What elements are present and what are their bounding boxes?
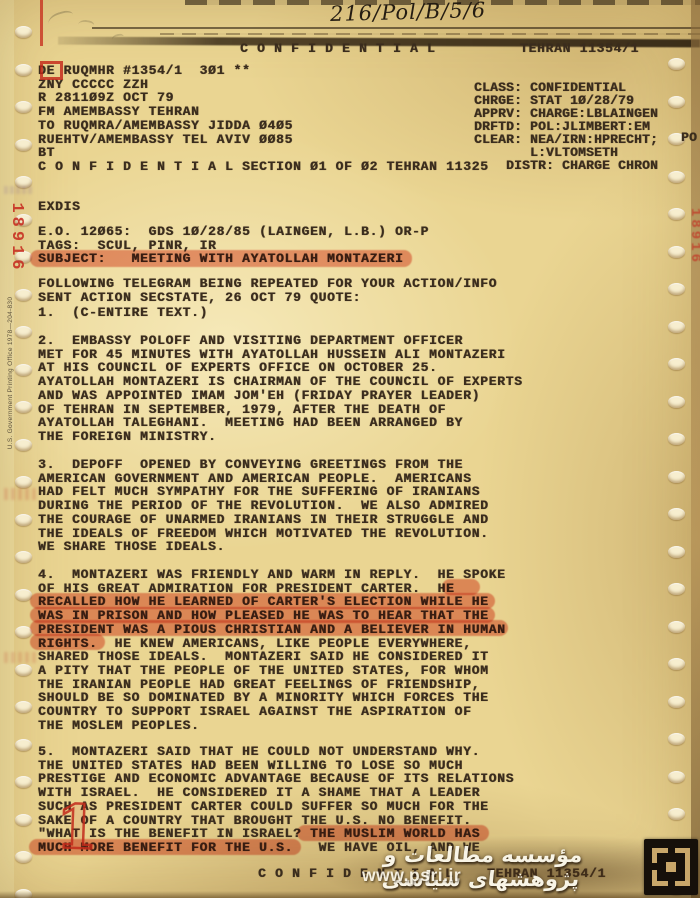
text-line: OF TEHRAN IN SEPTEMBER, 1979, AFTER THE … (38, 403, 523, 417)
punch-hole (668, 358, 685, 370)
punch-hole (668, 433, 685, 445)
punch-hole (668, 583, 685, 595)
text-line: AND WAS APPOINTED IMAM JOM'EH (FRIDAY PR… (38, 389, 523, 403)
punch-hole (668, 471, 685, 483)
text-line: DURING THE PERIOD OF THE REVOLUTION. WE … (38, 499, 489, 513)
punch-hole (15, 776, 32, 788)
paragraph-1: 1. (C-ENTIRE TEXT.) (38, 306, 208, 320)
text-line: AYATOLLAH MONTAZERI IS CHAIRMAN OF THE C… (38, 375, 523, 389)
text-line: RUEHTV/AMEMBASSY TEL AVIV ØØ85 (38, 133, 489, 147)
text-line: A PITY THAT THE PEOPLE OF THE UNITED STA… (38, 664, 506, 678)
psri-logo-center (666, 862, 676, 872)
text-line: 1. (C-ENTIRE TEXT.) (38, 306, 208, 320)
marker-highlight (30, 634, 105, 650)
punch-hole (668, 246, 685, 258)
printing-office-note: U.S. Government Printing Office 1978—204… (7, 293, 17, 453)
punch-hole (15, 139, 32, 151)
faint-stamp-smudge (4, 652, 38, 663)
faint-stamp-smudge (4, 488, 38, 500)
routing-block: DE RUQMHR #1354/1 3Ø1 **ZNY CCCCC ZZHR 2… (38, 64, 489, 174)
text-line: FOLLOWING TELEGRAM BEING REPEATED FOR YO… (38, 277, 497, 291)
punch-hole (15, 439, 32, 451)
text-line: R 2811Ø9Z OCT 79 (38, 91, 489, 105)
admin-block: CLASS: CONFIDENTIALCHRGE: STAT 1Ø/28/79A… (474, 81, 658, 159)
punch-hole (668, 321, 685, 333)
text-line: BT (38, 146, 489, 160)
text-line: AMERICAN GOVERNMENT AND AMERICAN PEOPLE.… (38, 472, 489, 486)
punch-hole (15, 476, 32, 488)
text-line: TO RUQMRA/AMEMBASSY JIDDA Ø4Ø5 (38, 119, 489, 133)
text-line: SENT ACTION SECSTATE, 26 OCT 79 QUOTE: (38, 291, 497, 305)
text-line: C O N F I D E N T I A L SECTION Ø1 OF Ø2… (38, 160, 489, 174)
punch-hole (15, 739, 32, 751)
scan-line (92, 27, 700, 29)
red-paragraph-mark: 1 (55, 797, 99, 858)
text-line: WE SHARE THOSE IDEALS. (38, 540, 489, 554)
punch-hole (15, 514, 32, 526)
punch-hole (15, 26, 32, 38)
telegram-number-header: TEHRAN 11354/1 (520, 42, 639, 56)
text-line: THE COURAGE OF UNARMED IRANIANS IN THEIR… (38, 513, 489, 527)
exdis-caption: EXDIS (38, 200, 81, 214)
text-line: RIGHTS. HE KNEW AMERICANS, LIKE PEOPLE E… (38, 637, 506, 651)
red-margin-box (40, 61, 63, 80)
punch-hole (668, 171, 685, 183)
punch-hole (668, 621, 685, 633)
punch-hole (668, 396, 685, 408)
punch-hole (668, 283, 685, 295)
text-line: FM AMEMBASSY TEHRAN (38, 105, 489, 119)
distribution-line: DISTR: CHARGE CHRON (506, 159, 658, 173)
punch-hole (668, 733, 685, 745)
punch-hole (15, 851, 32, 863)
text-line: COUNTRY TO SUPPORT ISRAEL AGAINST THE AS… (38, 705, 506, 719)
punch-hole (668, 208, 685, 220)
punch-hole (668, 546, 685, 558)
text-line: THE UNITED STATES HAD BEEN WILLING TO LO… (38, 759, 514, 773)
text-line: 5. MONTAZERI SAID THAT HE COULD NOT UNDE… (38, 745, 514, 759)
text-line: AYATOLLAH TALEGHANI. MEETING HAD BEEN AR… (38, 416, 523, 430)
text-line: SUCH AS PRESIDENT CARTER COULD SUFFER SO… (38, 800, 514, 814)
text-line: WITH ISRAEL. HE CONSIDERED IT A SHAME TH… (38, 786, 514, 800)
handwritten-ref: 216/Pol/B/5/6 (330, 0, 487, 26)
admin-edge-fragment: PO (681, 131, 697, 145)
text-line: 3. DEPOFF OPENED BY CONVEYING GREETINGS … (38, 458, 489, 472)
psri-logo-notch (668, 846, 675, 854)
punch-hole (15, 289, 32, 301)
text-line: SHOULD BE SO DOMINATED BY A MINORITY WHI… (38, 691, 506, 705)
punch-hole (15, 101, 32, 113)
text-line: THE IDEALS OF FREEDOM WHICH MOTIVATED TH… (38, 527, 489, 541)
punch-hole (668, 508, 685, 520)
text-line: THE FOREIGN MINISTRY. (38, 430, 523, 444)
repeat-note: FOLLOWING TELEGRAM BEING REPEATED FOR YO… (38, 277, 497, 304)
punch-hole (15, 551, 32, 563)
punch-hole (15, 664, 32, 676)
text-line: THE IRANIAN PEOPLE HAD GREAT FEELINGS OF… (38, 678, 506, 692)
punch-hole (668, 808, 685, 820)
right-edge-stamp: 18916 (687, 208, 700, 288)
punch-hole (15, 401, 32, 413)
punch-hole (15, 701, 32, 713)
text-line: E.O. 12Ø65: GDS 1Ø/28/85 (LAINGEN, L.B.)… (38, 225, 429, 239)
punch-hole (15, 64, 32, 76)
text-line: 2. EMBASSY POLOFF AND VISITING DEPARTMEN… (38, 334, 523, 348)
subject-highlight (30, 250, 412, 267)
punch-hole (15, 814, 32, 826)
scan-line-dashed (160, 33, 700, 35)
paragraph-3: 3. DEPOFF OPENED BY CONVEYING GREETINGS … (38, 458, 489, 554)
marker-highlight (30, 620, 508, 636)
punch-hole (668, 658, 685, 670)
registry-number-stamp: 18916 (6, 188, 26, 288)
text-line: MET FOR 45 MINUTES WITH AYATOLLAH HUSSEI… (38, 348, 523, 362)
classification-header: C O N F I D E N T I A L (240, 42, 436, 56)
punch-hole (15, 326, 32, 338)
text-line: HAD FELT MUCH SYMPATHY FOR THE SUFFERING… (38, 485, 489, 499)
watermark-website: www.psri.ir (362, 865, 461, 886)
punch-hole (15, 364, 32, 376)
paragraph-2: 2. EMBASSY POLOFF AND VISITING DEPARTMEN… (38, 334, 523, 444)
text-line: PRESTIGE AND ECONOMIC ADVANTAGE BECAUSE … (38, 772, 514, 786)
punch-hole (668, 96, 685, 108)
red-margin-line (40, 0, 43, 46)
punch-hole (668, 771, 685, 783)
text-line: AT HIS COUNCIL OF EXPERTS OFFICE ON OCTO… (38, 361, 523, 375)
telegram-page: 18916 18916 U.S. Government Printing Off… (0, 0, 700, 898)
punch-hole (668, 696, 685, 708)
text-line: THE MOSLEM PEOPLES. (38, 719, 506, 733)
text-line: 4. MONTAZERI WAS FRIENDLY AND WARM IN RE… (38, 568, 506, 582)
pencil-scribble (77, 19, 95, 33)
psri-logo (644, 839, 698, 895)
text-line: DE RUQMHR #1354/1 3Ø1 ** (38, 64, 489, 78)
pencil-scribble (46, 9, 75, 31)
text-line: SHARED THOSE IDEALS. MONTAZERI SAID HE C… (38, 650, 506, 664)
punch-hole (668, 58, 685, 70)
psri-logo-notch (668, 880, 675, 888)
psri-logo-notch (650, 863, 658, 870)
